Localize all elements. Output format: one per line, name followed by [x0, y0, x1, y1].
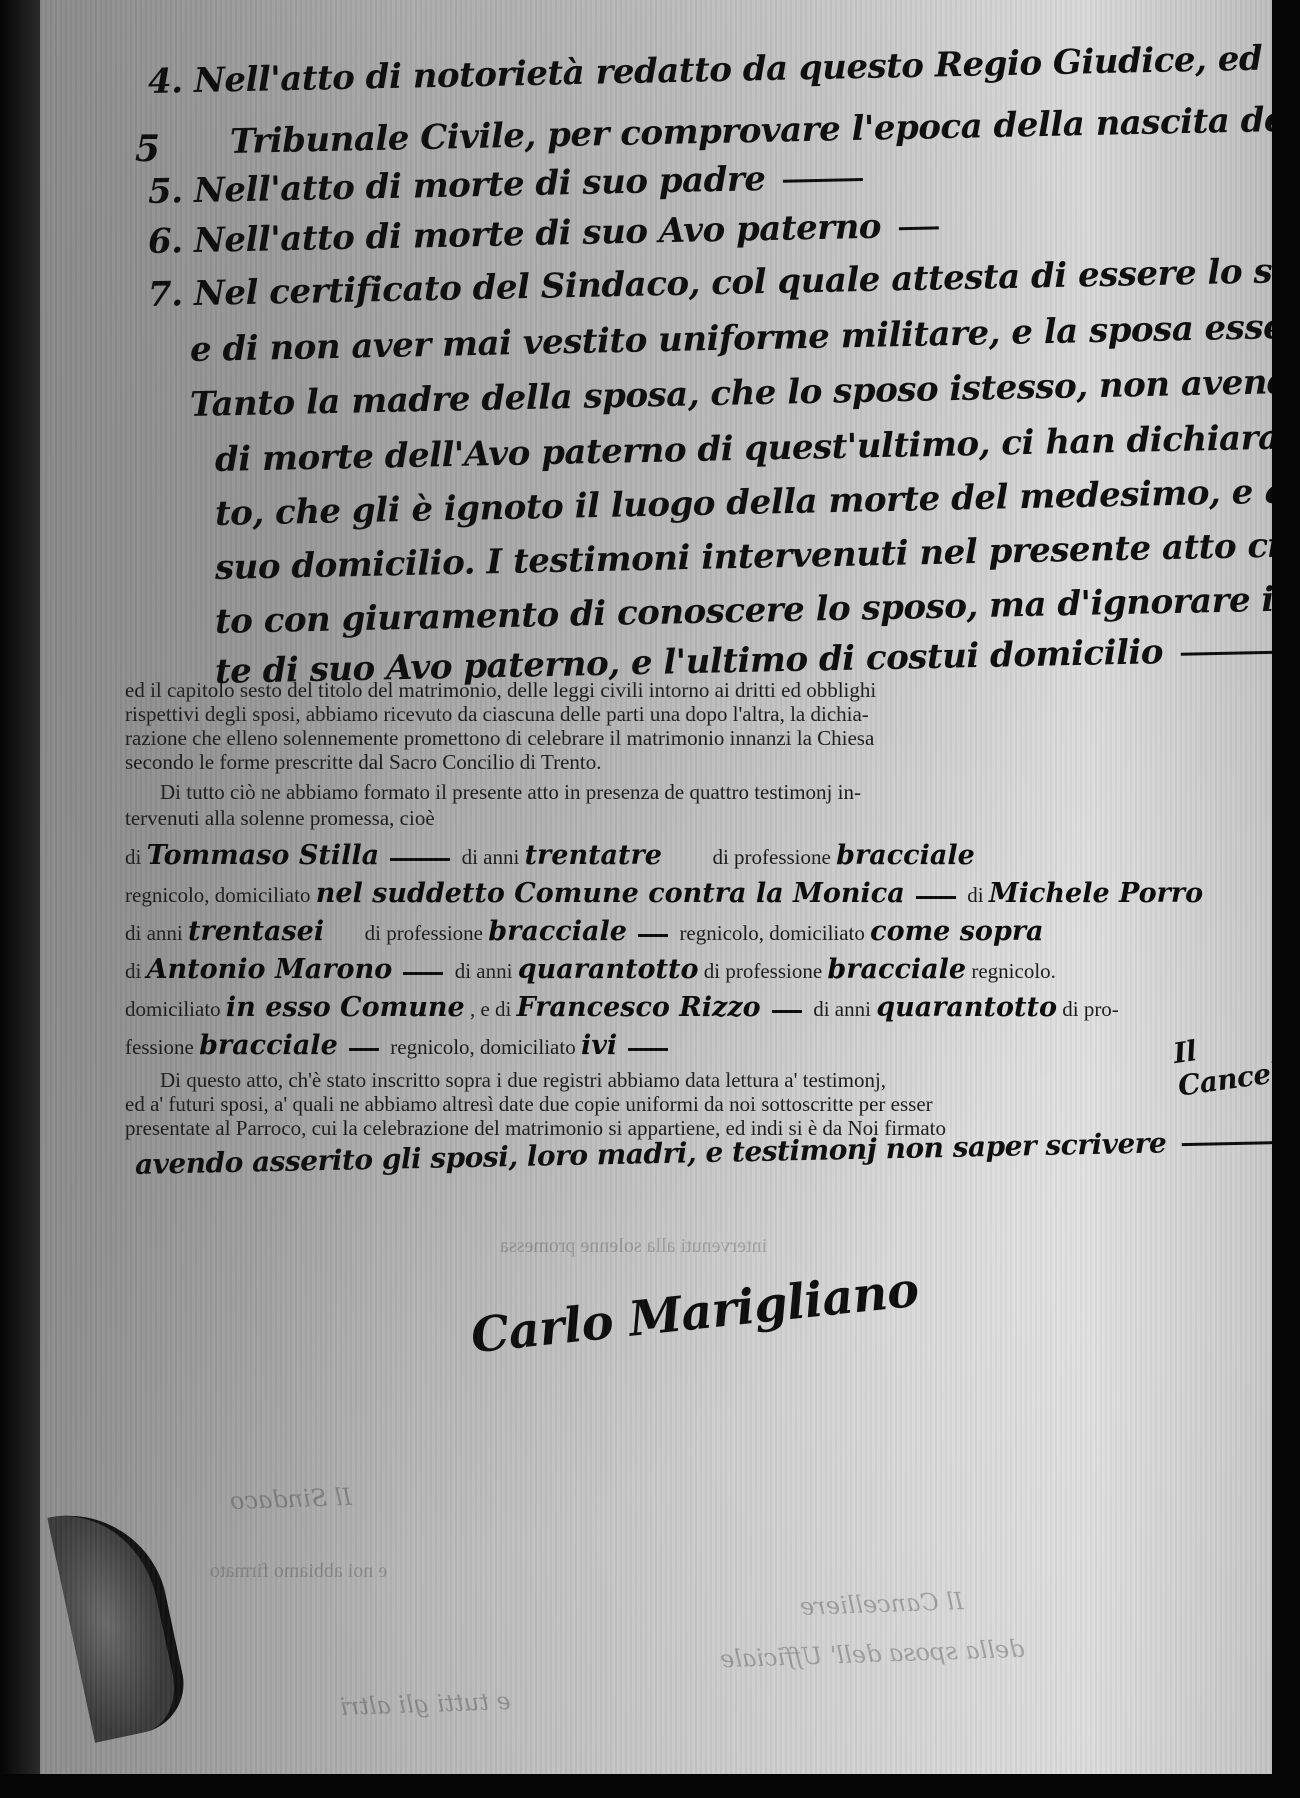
- bleed-through-text: e noi abbiamo firmato: [210, 1560, 387, 1583]
- item-number: 7.: [148, 274, 183, 315]
- printed-line: ed il capitolo sesto del titolo del matr…: [125, 678, 876, 703]
- bleed-through-handwriting: e tutti gli altri: [340, 1687, 512, 1721]
- handwritten-item-5: 5. Nell'atto di morte di suo padre: [148, 157, 870, 212]
- witness-name: Antonio Marono: [147, 954, 393, 985]
- witness-age: quarantotto: [876, 992, 1057, 1023]
- label: regnicolo, domiciliato: [679, 921, 864, 945]
- witness-residence: ivi: [581, 1030, 617, 1061]
- handwritten-item-4: 4. Nell'atto di notorietà redatto da que…: [148, 33, 1272, 102]
- bleed-through-text: intervenuti alla solenne promessa: [500, 1235, 767, 1258]
- printed-line: secondo le forme prescritte dal Sacro Co…: [125, 750, 601, 775]
- margin-mark: 5: [135, 128, 160, 170]
- item-number: 6.: [148, 221, 183, 262]
- fill-dash: [1182, 1140, 1272, 1146]
- witness-row-2: di anni trentasei di professione braccia…: [125, 916, 1044, 947]
- label: di professione: [712, 845, 830, 869]
- printed-line: razione che elleno solennemente prometto…: [125, 726, 874, 751]
- witness-profession: bracciale: [199, 1030, 338, 1061]
- witness-age: trentatre: [525, 840, 662, 871]
- printed-line: Di questo atto, ch'è stato inscritto sop…: [160, 1068, 886, 1093]
- fill-dash: [349, 1048, 379, 1051]
- witness-row-3: di Antonio Marono di anni quarantotto di…: [125, 954, 1056, 985]
- bleed-through-handwriting: Il Sindaco: [230, 1483, 353, 1515]
- witness-residence: nel suddetto Comune contra la Monica: [316, 878, 905, 909]
- bleed-through-handwriting: della sposa dell' Ufficiale: [720, 1635, 1025, 1674]
- document-page: 5 4. Nell'atto di notorietà redatto da q…: [40, 0, 1272, 1775]
- label: di pro-: [1062, 997, 1119, 1021]
- fill-dash: [772, 1010, 802, 1013]
- label: di anni: [462, 845, 520, 869]
- fill-dash: [916, 896, 956, 899]
- fill-dash: [390, 858, 450, 861]
- witness-name: Tommaso Stilla: [147, 840, 379, 871]
- item-text: Nell'atto di morte di suo padre: [193, 159, 765, 211]
- fill-dash: [628, 1048, 668, 1051]
- bleed-through-handwriting: Il Cancelliere: [800, 1587, 964, 1621]
- handwritten-line: Tanto la madre della sposa, che lo sposo…: [190, 356, 1272, 425]
- handwritten-line: e di non aver mai vestito uniforme milit…: [190, 304, 1272, 370]
- fill-dash: [403, 972, 443, 975]
- label: di: [125, 959, 141, 983]
- witness-row-1-residence: regnicolo, domiciliato nel suddetto Comu…: [125, 878, 1203, 909]
- witness-profession: bracciale: [827, 954, 966, 985]
- item-text: Tribunale Civile, per comprovare l'epoca…: [230, 97, 1272, 162]
- witness-residence: come sopra: [870, 916, 1043, 947]
- label: di: [125, 845, 141, 869]
- item-text: Nell'atto di notorietà redatto da questo…: [193, 33, 1272, 101]
- witness-row-4: domiciliato in esso Comune , e di France…: [125, 992, 1119, 1023]
- handwritten-item-6: 6. Nell'atto di morte di suo Avo paterno: [148, 205, 945, 262]
- fill-dash: [638, 934, 668, 937]
- fill-dash: [1180, 649, 1272, 655]
- label: di professione: [365, 921, 483, 945]
- witness-profession: bracciale: [488, 916, 627, 947]
- item-number: 4.: [148, 61, 183, 102]
- page-damage-stain: [47, 1497, 193, 1743]
- handwritten-item-4-cont: Tribunale Civile, per comprovare l'epoca…: [230, 97, 1272, 162]
- label: di anni: [813, 997, 871, 1021]
- handwritten-line: di morte dell'Avo paterno di quest'ultim…: [215, 411, 1272, 480]
- witness-age: trentasei: [188, 916, 324, 947]
- label: regnicolo, domiciliato: [390, 1035, 575, 1059]
- label: di anni: [125, 921, 183, 945]
- printed-line: ed a' futuri sposi, a' quali ne abbiamo …: [125, 1092, 933, 1117]
- label: domiciliato: [125, 997, 221, 1021]
- witness-residence: in esso Comune: [226, 992, 465, 1023]
- fill-dash: [783, 178, 863, 183]
- item-number: 5.: [148, 171, 183, 212]
- printed-line: rispettivi degli sposi, abbiamo ricevuto…: [125, 702, 869, 727]
- chancellor-signature: Il Cancelliere: [1171, 1013, 1272, 1102]
- label: di professione: [704, 959, 822, 983]
- item-text: Nell'atto di morte di suo Avo paterno: [193, 207, 881, 261]
- item-text: Tanto la madre della sposa, che lo sposo…: [190, 356, 1272, 425]
- printed-line: tervenuti alla solenne promessa, cioè: [125, 806, 435, 831]
- label: regnicolo.: [971, 959, 1056, 983]
- witness-name: Francesco Rizzo: [517, 992, 761, 1023]
- item-text: di morte dell'Avo paterno di quest'ultim…: [215, 411, 1272, 480]
- scan-left-border: [0, 0, 40, 1798]
- label: , e di: [470, 997, 511, 1021]
- label: fessione: [125, 1035, 194, 1059]
- witness-name: Michele Porro: [989, 878, 1203, 909]
- label: di anni: [455, 959, 513, 983]
- label: regnicolo, domiciliato: [125, 883, 310, 907]
- printed-line: Di tutto ciò ne abbiamo formato il prese…: [160, 780, 861, 805]
- label: di: [967, 883, 983, 907]
- scan-bottom-border: [0, 1774, 1300, 1798]
- scan-right-border: [1272, 0, 1300, 1798]
- fill-dash: [898, 226, 938, 230]
- official-signature: Carlo Marigliano: [468, 1262, 921, 1365]
- witness-age: quarantotto: [518, 954, 699, 985]
- witness-profession: bracciale: [836, 840, 975, 871]
- item-text: e di non aver mai vestito uniforme milit…: [190, 304, 1272, 370]
- witness-row-4-cont: fessione bracciale regnicolo, domiciliat…: [125, 1030, 674, 1061]
- witness-row-1: di Tommaso Stilla di anni trentatre di p…: [125, 840, 975, 871]
